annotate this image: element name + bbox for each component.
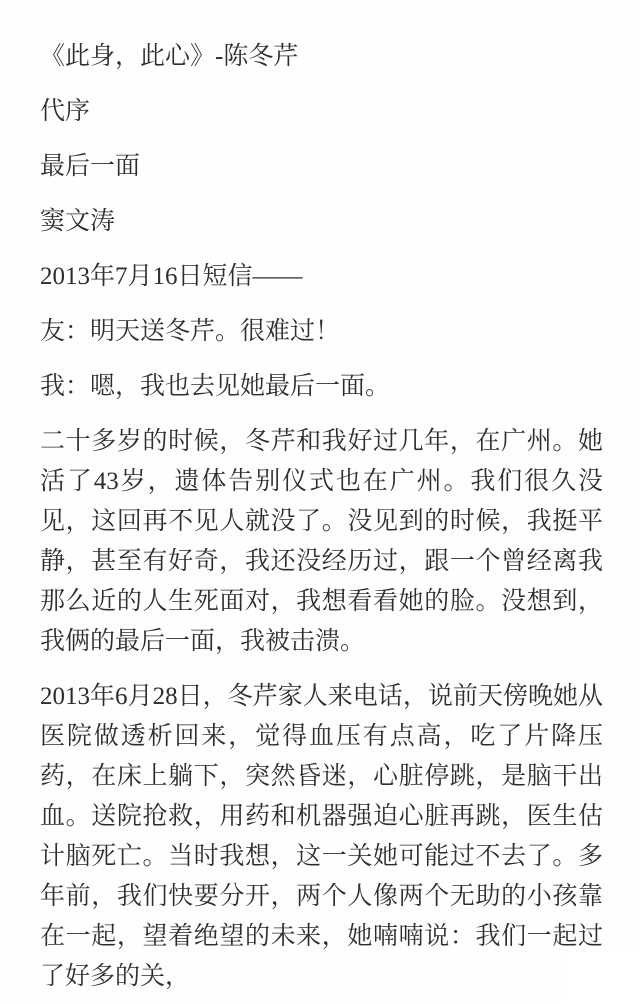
preface-heading: 代序 [40,92,603,132]
body-paragraph-2: 2013年6月28日，冬芹家人来电话，说前天傍晚她从医院做透析回来，觉得血压有点… [40,677,603,997]
dateline: 2013年7月16日短信—— [40,257,603,297]
document-page: 《此身，此心》-陈冬芹 代序 最后一面 窦文涛 2013年7月16日短信—— 友… [0,0,640,1004]
dialog-line-me: 我：嗯，我也去见她最后一面。 [40,367,603,407]
body-paragraph-1: 二十多岁的时候，冬芹和我好过几年，在广州。她活了43岁，遗体告别仪式也在广州。我… [40,422,603,662]
author-name: 窦文涛 [40,202,603,242]
dialog-line-friend: 友：明天送冬芹。很难过！ [40,312,603,352]
chapter-title: 最后一面 [40,147,603,187]
book-title: 《此身，此心》-陈冬芹 [40,37,603,77]
